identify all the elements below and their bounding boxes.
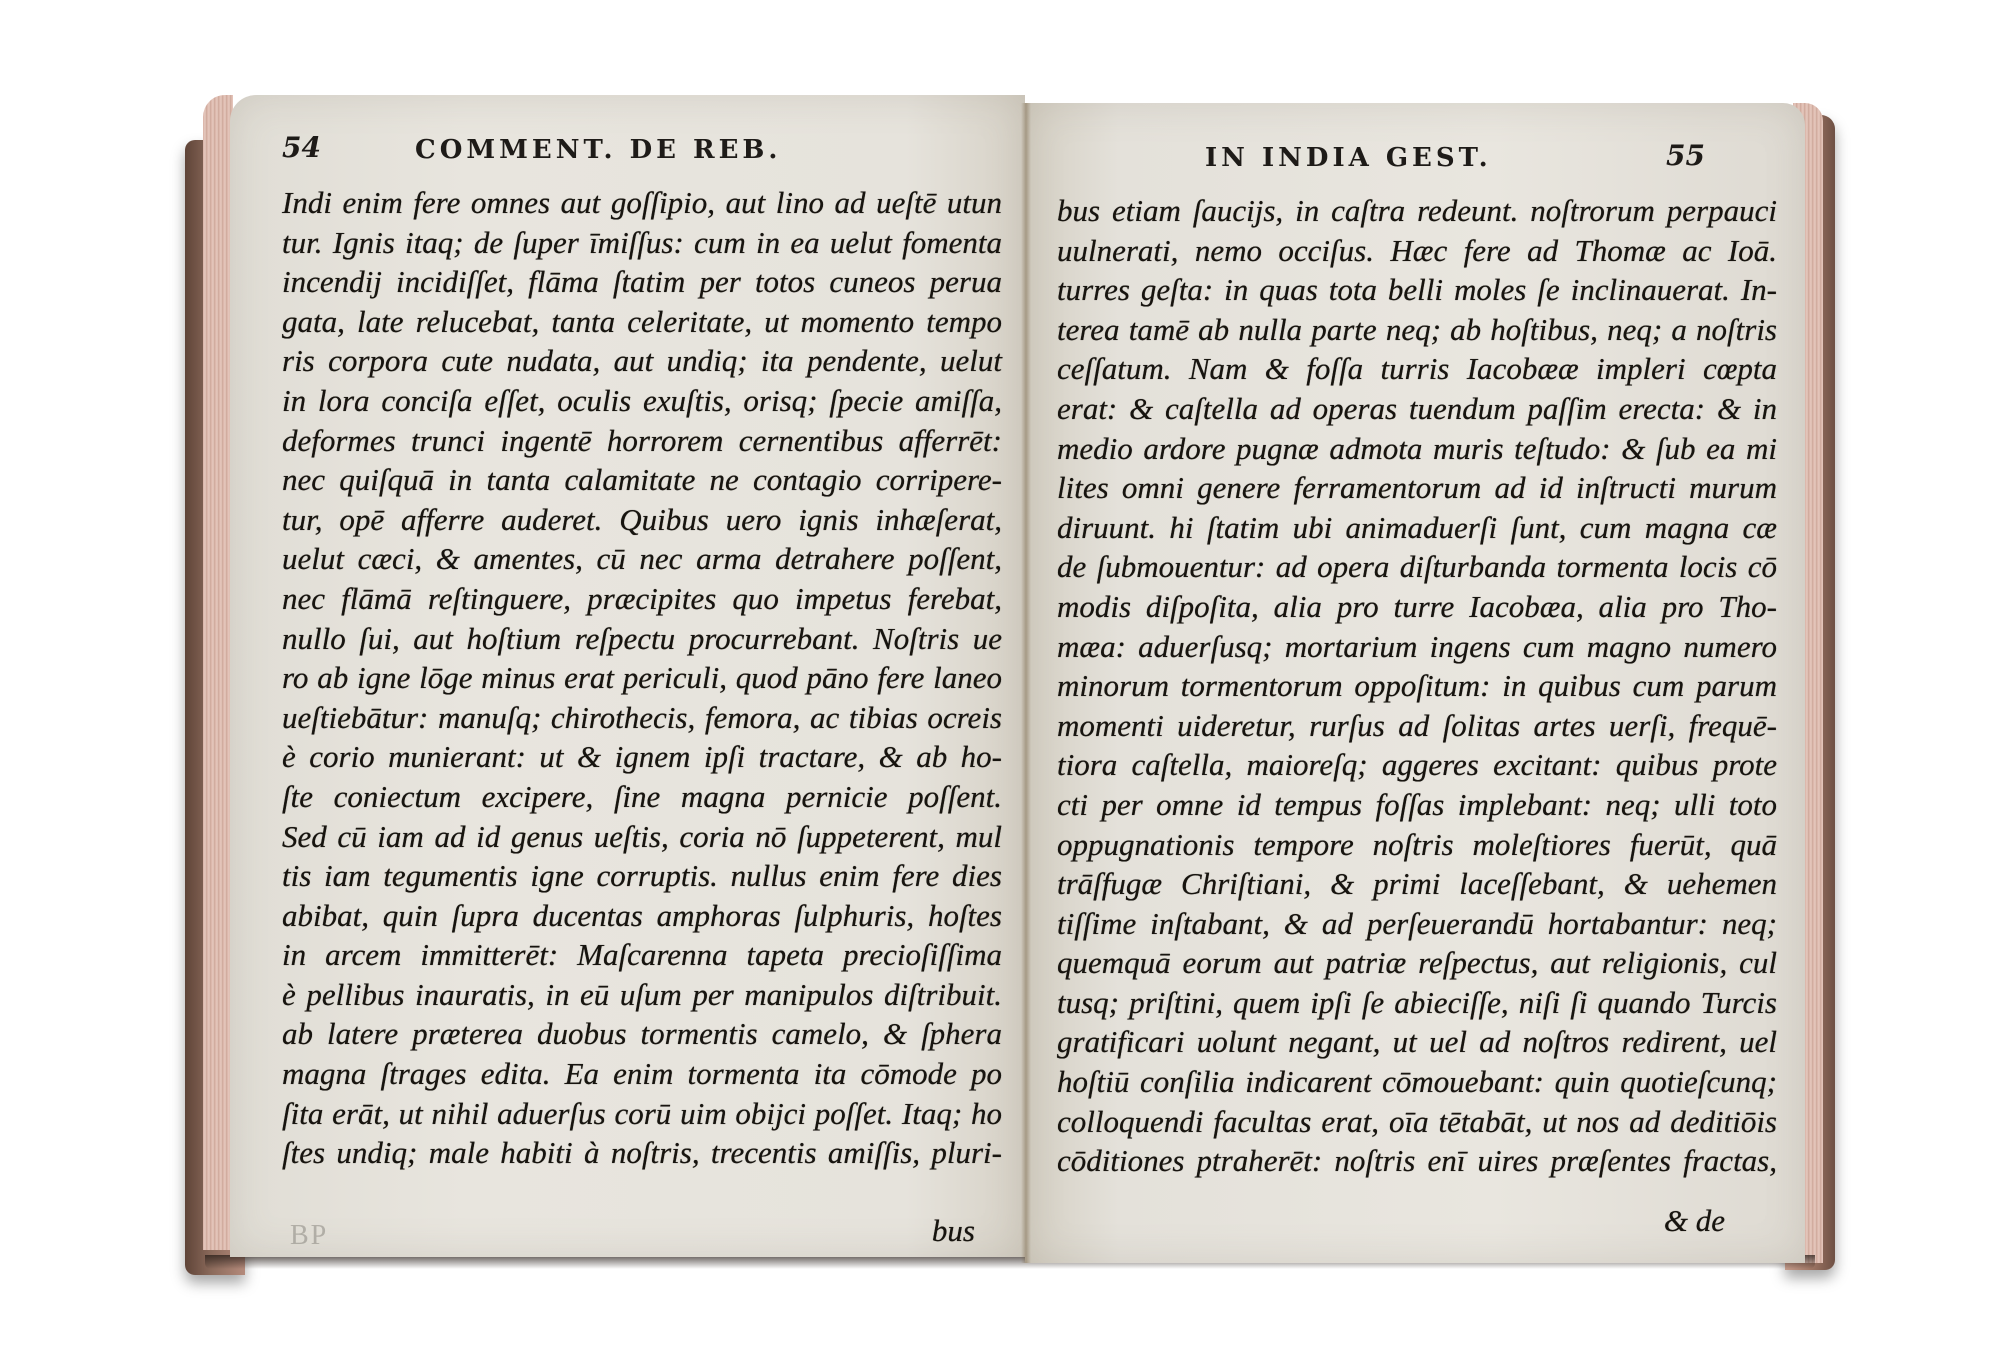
text-line: nec flāmā reſtinguere, præcipites quo im… bbox=[282, 579, 1002, 619]
text-line: tur. Ignis itaq; de ſuper īmiſſus: cum i… bbox=[282, 223, 1002, 263]
text-line: bus etiam ſaucijs, in caſtra redeunt. no… bbox=[1057, 191, 1777, 231]
text-line: ro ab igne lōge minus erat periculi, quo… bbox=[282, 658, 1002, 698]
left-page: 54 COMMENT. DE REB. Indi enim fere omnes… bbox=[230, 95, 1025, 1257]
text-line: cōditiones ptraherēt: noſtris enī uires … bbox=[1057, 1141, 1777, 1181]
text-line: oppugnationis tempore noſtris moleſtiore… bbox=[1057, 825, 1777, 865]
text-line: de ſubmouentur: ad opera diſturbanda tor… bbox=[1057, 547, 1777, 587]
text-line: turres geſta: in quas tota belli moles ſ… bbox=[1057, 270, 1777, 310]
catchword: bus bbox=[932, 1213, 975, 1249]
right-page: IN INDIA GEST. 55 bus etiam ſaucijs, in … bbox=[1025, 103, 1805, 1263]
catchword: & de bbox=[1664, 1203, 1725, 1239]
book-gutter bbox=[1021, 103, 1031, 1263]
text-line: cti per omne id tempus foſſas implebant:… bbox=[1057, 785, 1777, 825]
text-line: ſtes undiq; male habiti à noſtris, trece… bbox=[282, 1133, 1002, 1173]
text-line: quemquā eorum aut patriæ reſpectus, aut … bbox=[1057, 943, 1777, 983]
text-line: Sed cū iam ad id genus ueſtis, coria nō … bbox=[282, 817, 1002, 857]
text-line: incendij incidiſſet, flāma ſtatim per to… bbox=[282, 262, 1002, 302]
text-line: nullo ſui, aut hoſtium reſpectu procurre… bbox=[282, 619, 1002, 659]
text-line: abibat, quin ſupra ducentas amphoras ſul… bbox=[282, 896, 1002, 936]
text-line: tis iam tegumentis igne corruptis. nullu… bbox=[282, 856, 1002, 896]
running-head: COMMENT. DE REB. bbox=[415, 135, 781, 165]
text-line: nec quiſquā in tanta calamitate ne conta… bbox=[282, 460, 1002, 500]
text-line: gratificari uolunt negant, ut uel ad noſ… bbox=[1057, 1022, 1777, 1062]
text-line: medio ardore pugnæ admota muris teſtudo:… bbox=[1057, 429, 1777, 469]
page-edges-left bbox=[203, 95, 233, 1250]
text-line: è pellibus inauratis, in eū uſum per man… bbox=[282, 975, 1002, 1015]
open-book: 54 COMMENT. DE REB. Indi enim fere omnes… bbox=[185, 95, 1835, 1275]
text-line: ceſſatum. Nam & foſſa turris Iacobææ imp… bbox=[1057, 349, 1777, 389]
text-line: ſita erāt, ut nihil aduerſus corū uim ob… bbox=[282, 1094, 1002, 1134]
text-line: ris corpora cute nudata, aut undiq; ita … bbox=[282, 341, 1002, 381]
text-line: minorum tormentorum oppoſitum: in quibus… bbox=[1057, 666, 1777, 706]
text-line: ab latere præterea duobus tormentis came… bbox=[282, 1014, 1002, 1054]
text-line: tur, opē afferre auderet. Quibus uero ig… bbox=[282, 500, 1002, 540]
library-stamp: BP bbox=[290, 1220, 328, 1252]
text-line: in lora conciſa eſſet, oculis exuſtis, o… bbox=[282, 381, 1002, 421]
text-line: deformes trunci ingentē horrorem cernent… bbox=[282, 421, 1002, 461]
text-line: modis diſpoſita, alia pro turre Iacobæa,… bbox=[1057, 587, 1777, 627]
text-line: ueſtiebātur: manuſq; chirothecis, femora… bbox=[282, 698, 1002, 738]
text-line: terea tamē ab nulla parte neq; ab hoſtib… bbox=[1057, 310, 1777, 350]
text-line: in arcem immitterēt: Maſcarenna tapeta p… bbox=[282, 935, 1002, 975]
page-number: 55 bbox=[1666, 139, 1705, 172]
text-line: mæa: aduerſusq; mortarium ingens cum mag… bbox=[1057, 627, 1777, 667]
text-line: hoſtiū conſilia indicarent cōmouebant: q… bbox=[1057, 1062, 1777, 1102]
text-line: è corio munierant: ut & ignem ipſi tract… bbox=[282, 737, 1002, 777]
text-line: erat: & caſtella ad operas tuendum paſſi… bbox=[1057, 389, 1777, 429]
body-text: bus etiam ſaucijs, in caſtra redeunt. no… bbox=[1057, 191, 1777, 1181]
text-line: trāſfugæ Chriſtiani, & primi laceſſebant… bbox=[1057, 864, 1777, 904]
text-line: Indi enim fere omnes aut goſſipio, aut l… bbox=[282, 183, 1002, 223]
body-text: Indi enim fere omnes aut goſſipio, aut l… bbox=[282, 183, 1002, 1173]
text-line: momenti uideretur, rurſus ad ſolitas art… bbox=[1057, 706, 1777, 746]
text-line: ſte coniectum excipere, ſine magna perni… bbox=[282, 777, 1002, 817]
text-line: tiora caſtella, maioreſq; aggeres excita… bbox=[1057, 745, 1777, 785]
text-line: tiſſime inſtabant, & ad perſeuerandū hor… bbox=[1057, 904, 1777, 944]
text-line: lites omni genere ferramentorum ad id in… bbox=[1057, 468, 1777, 508]
text-line: uulnerati, nemo occiſus. Hæc fere ad Tho… bbox=[1057, 231, 1777, 271]
text-line: colloquendi facultas erat, oīa tētabāt, … bbox=[1057, 1102, 1777, 1142]
text-line: magna ſtrages edita. Ea enim tormenta it… bbox=[282, 1054, 1002, 1094]
text-line: diruunt. hi ſtatim ubi animaduerſi ſunt,… bbox=[1057, 508, 1777, 548]
text-line: gata, late relucebat, tanta celeritate, … bbox=[282, 302, 1002, 342]
page-number: 54 bbox=[282, 131, 321, 164]
text-line: uelut cæci, & amentes, cū nec arma detra… bbox=[282, 539, 1002, 579]
running-head: IN INDIA GEST. bbox=[1205, 143, 1492, 173]
text-line: tusq; priſtini, quem ipſi ſe abieciſſe, … bbox=[1057, 983, 1777, 1023]
